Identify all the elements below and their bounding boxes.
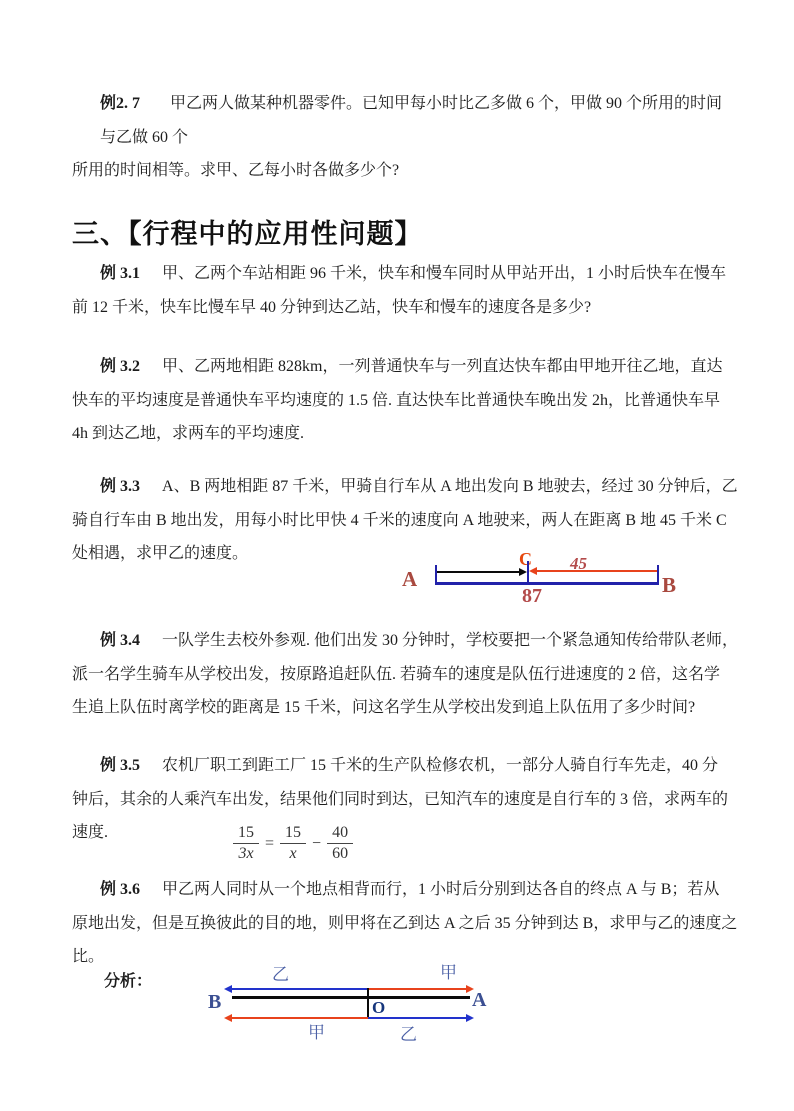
fraction-rhs-1: 15x	[280, 824, 306, 863]
arrow-a-to-c	[437, 571, 519, 573]
fraction-lhs-numerator: 15	[233, 824, 259, 844]
problem-3-1-label: 例 3.1	[100, 265, 140, 282]
problem-3-5-text-2: 钟后，其余的人乘汽车出发，结果他们同时到达，已知汽车的速度是自行车的 3 倍，求…	[72, 783, 752, 817]
problem-3-3-text-1: A、B 两地相距 87 千米，甲骑自行车从 A 地出发向 B 地驶去，经过 30…	[162, 478, 738, 495]
arrowhead-left-icon	[529, 567, 537, 575]
problem-3-4-text-2: 派一名学生骑车从学校出发，按原路追赶队伍. 若骑车的速度是队伍行进速度的 2 倍…	[72, 658, 752, 692]
problem-3-4-text-1: 一队学生去校外参观. 他们出发 30 分钟时，学校要把一个紧急通知传给带队老师，	[162, 632, 738, 649]
problem-3-4: 例 3.4一队学生去校外参观. 他们出发 30 分钟时，学校要把一个紧急通知传给…	[72, 624, 752, 725]
diagram-ab-label-a: A	[402, 567, 417, 592]
diagram-ab-distance-ab: 87	[522, 585, 542, 608]
diagram-bo-top-left-label: 乙	[272, 960, 289, 985]
arrow-bottom-yi-right	[368, 1017, 466, 1019]
arrow-b-to-c	[537, 570, 657, 572]
diagram-bo-bottom-left-label: 甲	[308, 1018, 325, 1043]
fraction-rhs-2: 4060	[327, 824, 353, 863]
problem-2-7: 例2. 7甲乙两人做某种机器零件。已知甲每小时比乙多做 6 个，甲做 90 个所…	[72, 87, 752, 188]
problem-3-2-text-2: 快车的平均速度是普通快车平均速度的 1.5 倍. 直达快车比普通快车晚出发 2h…	[72, 384, 752, 418]
problem-3-3-label: 例 3.3	[100, 478, 140, 495]
document-page: 例2. 7甲乙两人做某种机器零件。已知甲每小时比乙多做 6 个，甲做 90 个所…	[0, 0, 794, 1111]
diagram-bo-baseline	[232, 996, 470, 999]
problem-3-3-text-2: 骑自行车由 B 地出发，用每小时比甲快 4 千米的速度向 A 地驶来，两人在距离…	[72, 504, 752, 538]
problem-3-5: 例 3.5农机厂职工到距工厂 15 千米的生产队检修农机，一部分人骑自行车先走，…	[72, 749, 752, 850]
problem-2-7-text-2: 与乙做 60 个	[72, 121, 752, 155]
problem-3-5-text-1: 农机厂职工到距工厂 15 千米的生产队检修农机，一部分人骑自行车先走，40 分	[162, 757, 718, 774]
problem-3-4-label: 例 3.4	[100, 632, 140, 649]
problem-3-2: 例 3.2甲、乙两地相距 828km，一列普通快车与一列直达快车都由甲地开往乙地…	[72, 350, 752, 451]
equation: 153x = 15x − 4060	[233, 824, 353, 863]
diagram-bo-label-a: A	[472, 989, 486, 1012]
problem-3-2-label: 例 3.2	[100, 358, 140, 375]
problem-2-7-text-1: 甲乙两人做某种机器零件。已知甲每小时比乙多做 6 个，甲做 90 个所用的时间	[170, 95, 722, 112]
arrow-top-yi-left	[232, 988, 368, 990]
problem-2-7-label: 例2. 7	[100, 95, 140, 112]
diagram-bo-top-right-label: 甲	[440, 958, 457, 983]
diagram-bo-label-b: B	[208, 991, 221, 1014]
analysis-label: 分析：	[104, 965, 152, 999]
minus-sign: −	[310, 835, 323, 853]
arrow-top-jia-right	[368, 988, 466, 990]
problem-3-1: 例 3.1甲、乙两个车站相距 96 千米，快车和慢车同时从甲站开出，1 小时后快…	[72, 257, 752, 324]
diagram-a-c-b: A B C 45 87	[400, 543, 700, 615]
arrowhead-left-icon	[224, 1014, 232, 1022]
problem-3-6-text-1: 甲乙两人同时从一个地点相背而行，1 小时后分别到达各自的终点 A 与 B；若从	[162, 881, 719, 898]
section-header: 三、【行程中的应用性问题】	[72, 212, 423, 251]
problem-3-4-text-3: 生追上队伍时离学校的距离是 15 千米，问这名学生从学校出发到追上队伍用了多少时…	[72, 691, 752, 725]
diagram-ab-baseline	[435, 582, 659, 585]
problem-3-1-text-1: 甲、乙两个车站相距 96 千米，快车和慢车同时从甲站开出，1 小时后快车在慢车	[162, 265, 726, 282]
equals-sign: =	[263, 835, 276, 853]
arrowhead-right-icon	[519, 568, 527, 576]
diagram-ab-tick-a	[435, 565, 437, 582]
problem-3-1-text-2: 前 12 千米，快车比慢车早 40 分钟到达乙站，快车和慢车的速度各是多少?	[72, 291, 752, 325]
diagram-bo-label-o: O	[372, 998, 385, 1018]
arrowhead-left-icon	[224, 985, 232, 993]
fraction-rhs-1-denominator: x	[280, 844, 306, 863]
fraction-lhs-denominator: 3x	[233, 844, 259, 863]
fraction-lhs: 153x	[233, 824, 259, 863]
diagram-b-o-a: B A O 乙 甲 甲 乙	[200, 958, 500, 1048]
problem-3-6-text-2: 原地出发，但是互换彼此的目的地，则甲将在乙到达 A 之后 35 分钟到达 B，求…	[72, 907, 752, 941]
diagram-ab-tick-b	[657, 565, 659, 582]
problem-3-2-text-3: 4h 到达乙地，求两车的平均速度.	[72, 417, 752, 451]
problem-3-5-text-3: 速度.	[72, 816, 752, 850]
problem-2-7-text-3: 所用的时间相等。求甲、乙每小时各做多少个?	[72, 154, 752, 188]
diagram-ab-label-b: B	[662, 573, 676, 598]
fraction-rhs-2-denominator: 60	[327, 844, 353, 863]
problem-3-5-label: 例 3.5	[100, 757, 140, 774]
fraction-rhs-2-numerator: 40	[327, 824, 353, 844]
problem-3-6-label: 例 3.6	[100, 881, 140, 898]
arrow-bottom-jia-left	[232, 1017, 368, 1019]
fraction-rhs-1-numerator: 15	[280, 824, 306, 844]
arrowhead-right-icon	[466, 985, 474, 993]
problem-3-2-text-1: 甲、乙两地相距 828km，一列普通快车与一列直达快车都由甲地开往乙地，直达	[162, 358, 722, 375]
arrowhead-right-icon	[466, 1014, 474, 1022]
diagram-bo-origin-line	[367, 988, 369, 1018]
diagram-bo-bottom-right-label: 乙	[400, 1020, 417, 1045]
